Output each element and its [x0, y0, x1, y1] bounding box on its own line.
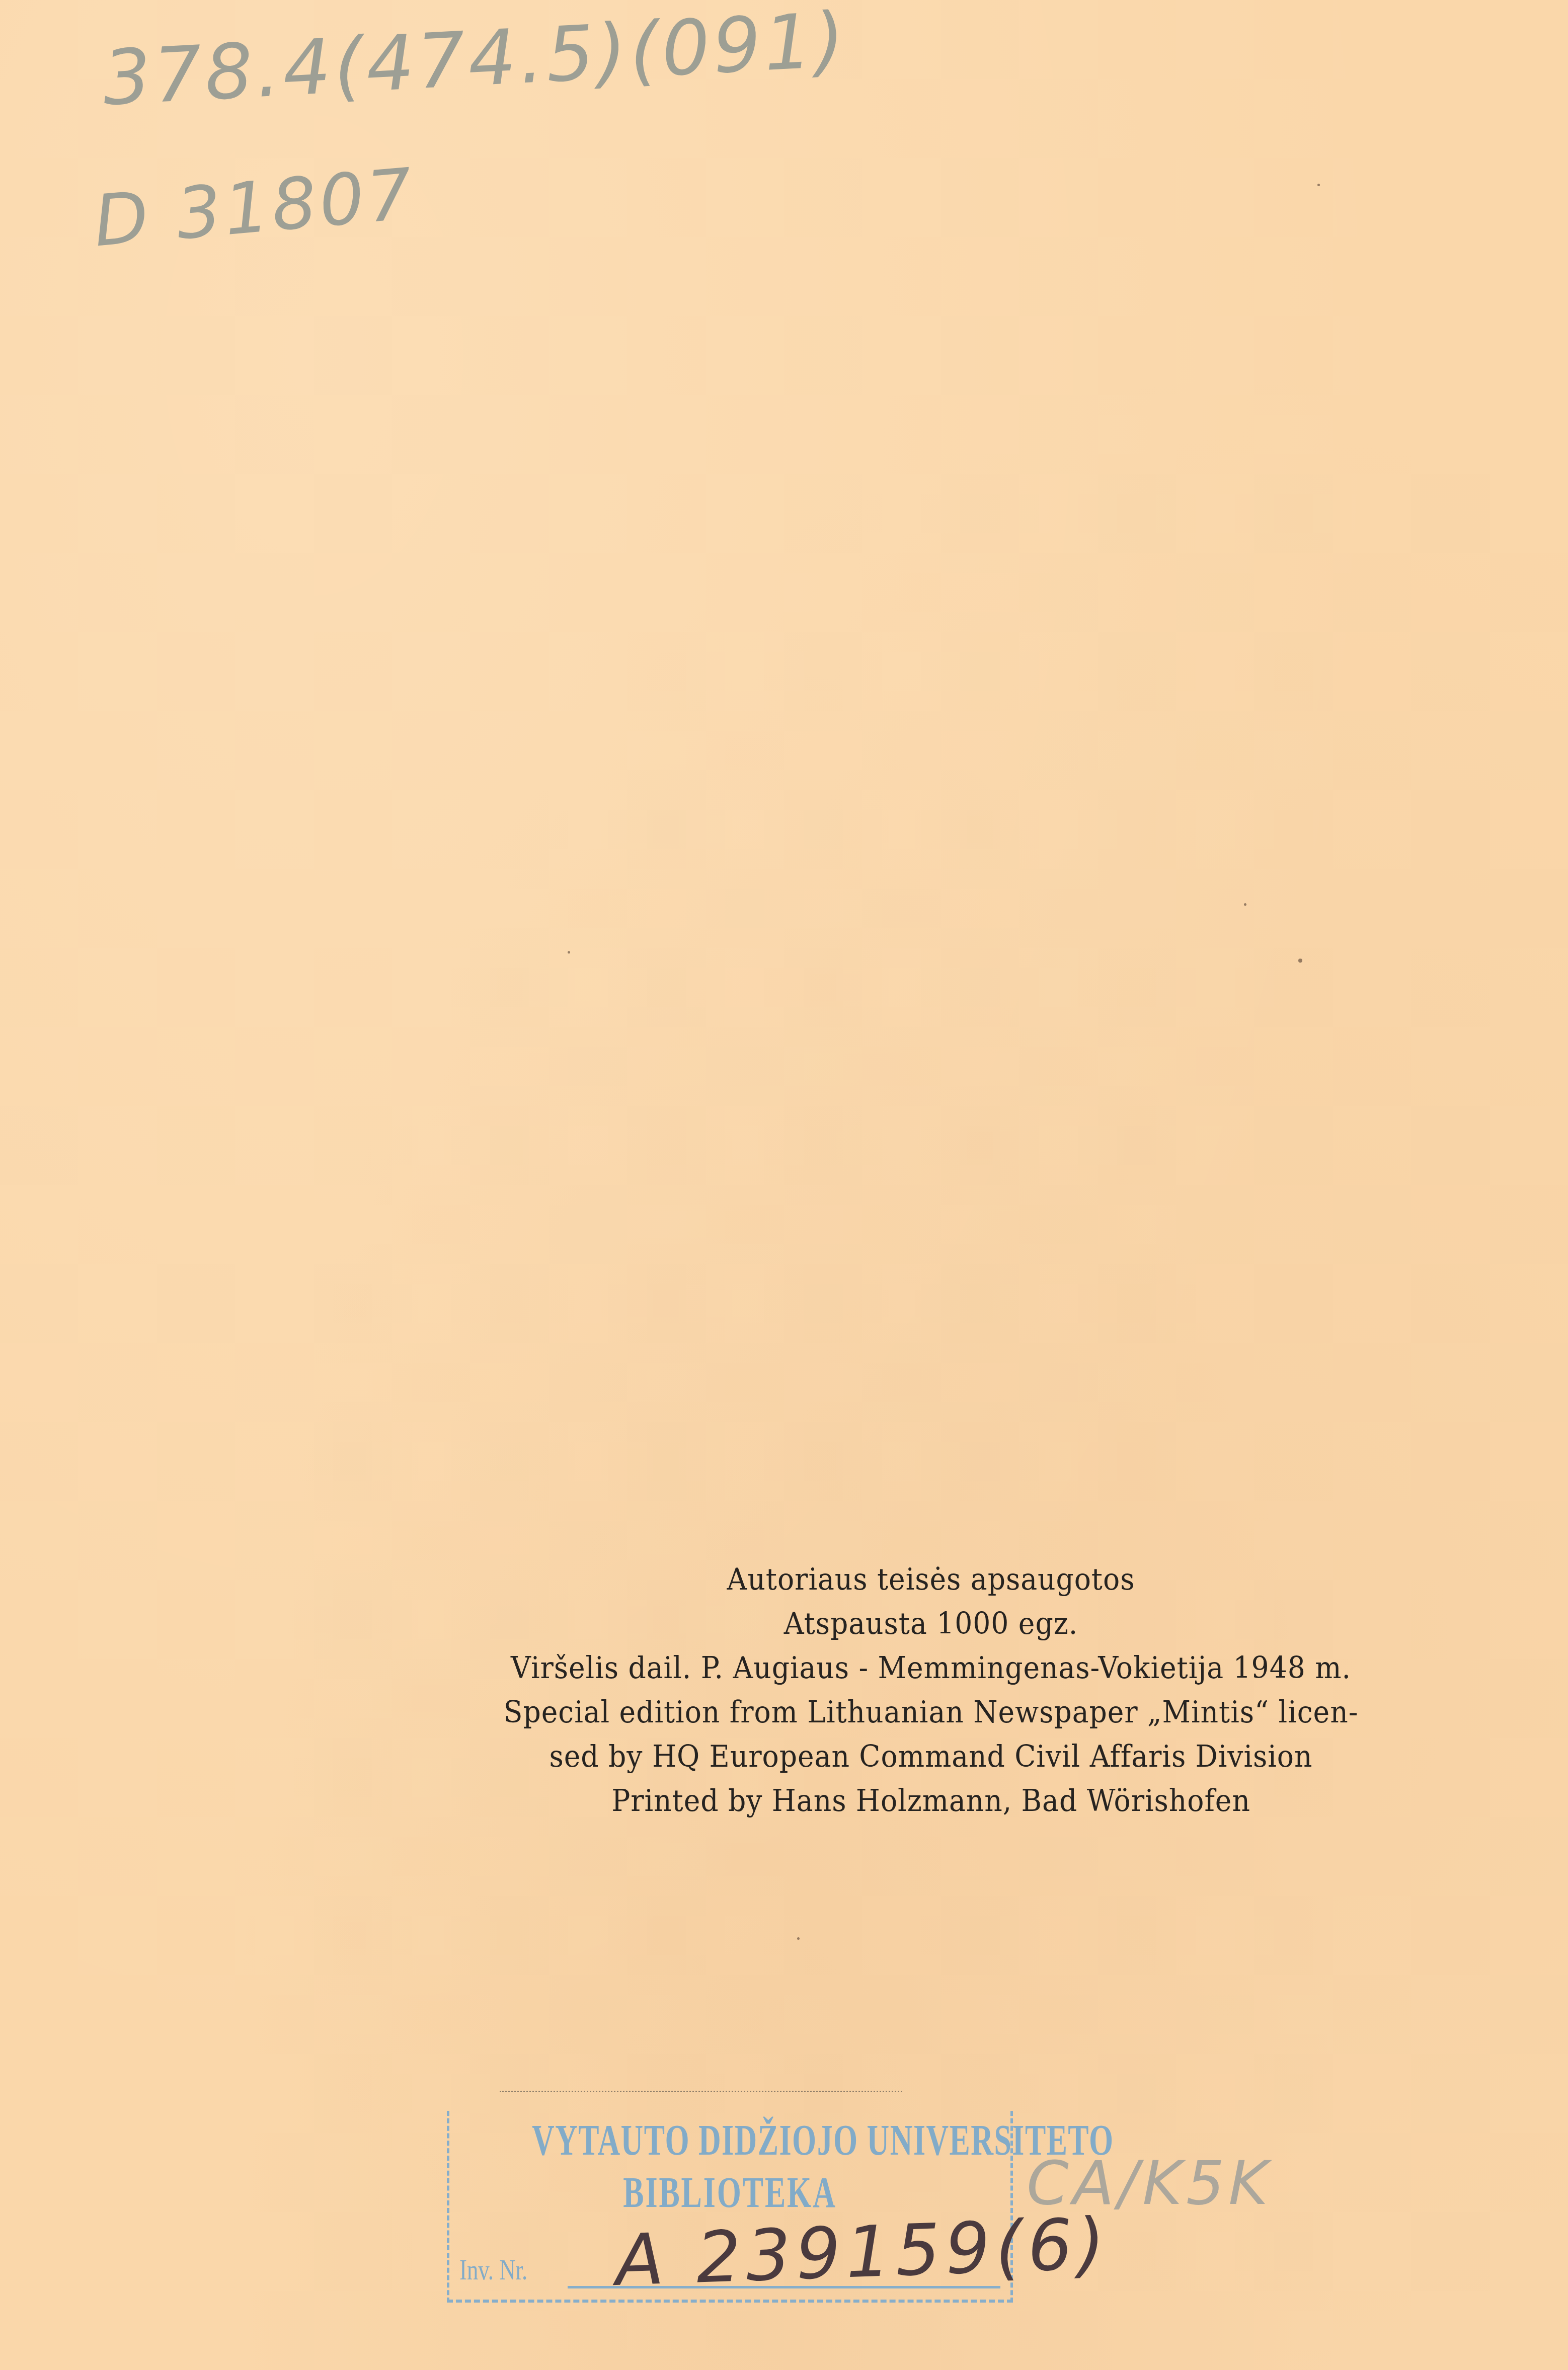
paper-speck — [1298, 959, 1302, 963]
imprint-copyright-line: Autoriaus teisės apsaugotos — [74, 1557, 1568, 1602]
inventory-label: Inv. Nr. — [459, 2254, 527, 2286]
handwritten-accession-note: D 31807 — [91, 153, 418, 263]
paper-speck — [568, 951, 570, 954]
imprint-license-line: sed by HQ European Command Civil Affaris… — [74, 1734, 1568, 1779]
imprint-cover-artist-line: Viršelis dail. P. Augiaus - Memmingenas-… — [74, 1646, 1568, 1690]
handwritten-call-number: 378.4(474.5)(091) — [101, 0, 849, 123]
paper-speck — [797, 1937, 800, 1940]
imprint-edition-line: Special edition from Lithuanian Newspape… — [74, 1690, 1568, 1734]
handwritten-shelf-note: CA/K5K — [1027, 2149, 1272, 2219]
library-stamp: VYTAUTO DIDŽIOJO UNIVERSITETO BIBLIOTEKA… — [447, 2111, 1013, 2303]
imprint-print-run-line: Atspausta 1000 egz. — [74, 1602, 1568, 1646]
stamp-subtitle: BIBLIOTEKA — [528, 2167, 932, 2218]
paper-speck — [1317, 184, 1320, 186]
stamp-top-border — [500, 2091, 902, 2092]
stamp-title: VYTAUTO DIDŽIOJO UNIVERSITETO — [532, 2115, 930, 2165]
paper-speck — [1244, 903, 1246, 906]
imprint-printer-line: Printed by Hans Holzmann, Bad Wörishofen — [74, 1779, 1568, 1823]
imprint-block: Autoriaus teisės apsaugotos Atspausta 10… — [0, 1557, 1568, 1823]
